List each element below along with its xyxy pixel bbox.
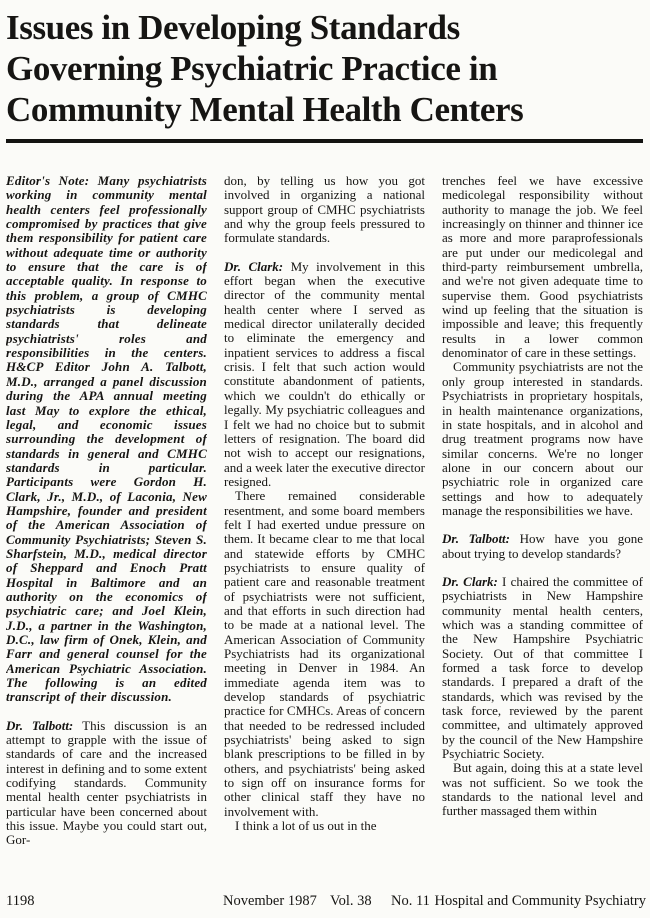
paragraph: Community psychiatrists are not the only… xyxy=(442,360,643,518)
article-title: Issues in Developing Standards Governing… xyxy=(6,7,643,130)
speaker-label: Dr. Clark: xyxy=(442,574,502,589)
text-column-2: don, by telling us how you got involved … xyxy=(224,174,425,868)
journal-page: Issues in Developing Standards Governing… xyxy=(0,0,650,918)
paragraph: But again, doing this at a state level w… xyxy=(442,761,643,818)
page-footer: 1198 November 1987 Vol. 38 No. 11 Hospit… xyxy=(0,893,650,913)
title-divider-rule xyxy=(6,139,643,143)
text-column-3: trenches feel we have excessive medicole… xyxy=(442,174,643,868)
footer-journal-name: Hospital and Community Psychiatry xyxy=(435,893,646,910)
speaker-label: Dr. Talbott: xyxy=(442,531,520,546)
speaker-label: Dr. Clark: xyxy=(224,259,291,274)
paragraph: Dr. Talbott: How have you gone about try… xyxy=(442,532,643,561)
paragraph: I think a lot of us out in the xyxy=(224,819,425,833)
article-title-line-2: Governing Psychiatric Practice in xyxy=(6,48,643,89)
article-title-line-3: Community Mental Health Centers xyxy=(6,89,643,130)
paragraph: Dr. Clark: My involvement in this effort… xyxy=(224,260,425,490)
speaker-label: Dr. Talbott: xyxy=(6,718,82,733)
page-number: 1198 xyxy=(6,893,34,910)
paragraph: trenches feel we have excessive medicole… xyxy=(442,174,643,360)
footer-date: November 1987 xyxy=(223,893,317,910)
paragraph: Dr. Talbott: This discussion is an attem… xyxy=(6,719,207,848)
article-title-line-1: Issues in Developing Standards xyxy=(6,7,643,48)
paragraph: don, by telling us how you got involved … xyxy=(224,174,425,246)
footer-volume: Vol. 38 xyxy=(330,893,372,910)
text-column-1: Editor's Note: Many psychiatrists workin… xyxy=(6,174,207,868)
footer-issue: No. 11 xyxy=(391,893,430,910)
paragraph: Editor's Note: Many psychiatrists workin… xyxy=(6,174,207,705)
paragraph: There remained considerable resentment, … xyxy=(224,489,425,819)
paragraph: Dr. Clark: I chaired the committee of ps… xyxy=(442,575,643,761)
article-body: Editor's Note: Many psychiatrists workin… xyxy=(6,174,643,868)
